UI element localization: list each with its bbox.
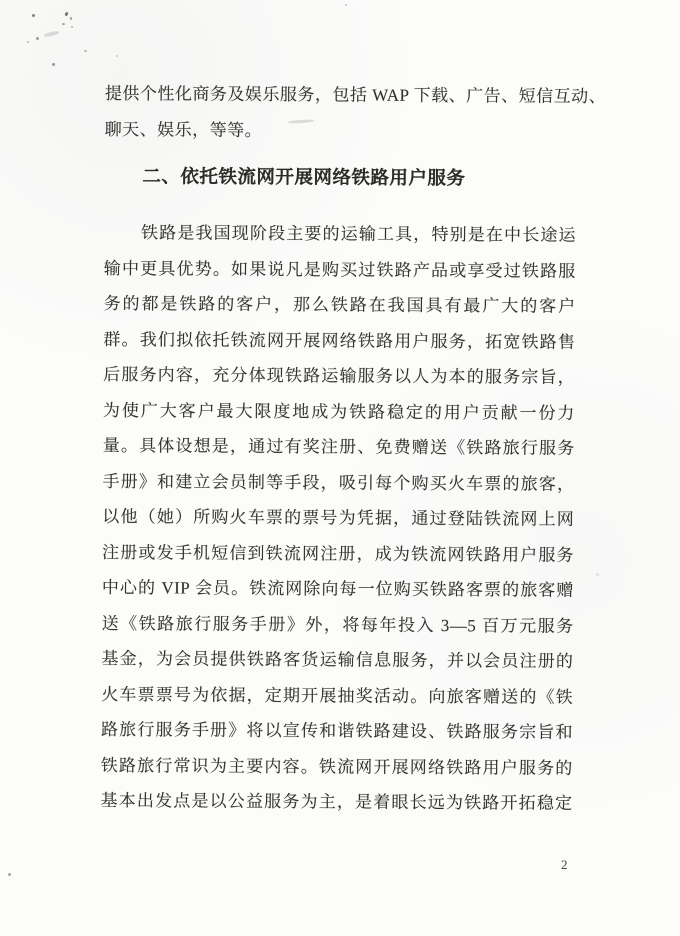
ink-speck [32, 14, 35, 17]
section-heading: 二、依托铁流网开展网络铁路用户服务 [104, 161, 576, 194]
ink-speck [64, 12, 68, 17]
page-number: 2 [561, 857, 568, 873]
body-line: 火车票票号为依据，定期开展抽奖活动。向旅客赠送的《铁 [101, 676, 573, 714]
body-line: 为使广大客户最大限度地成为铁路稳定的用户贡献一份力 [103, 392, 575, 430]
body-line: 群。我们拟依托铁流网开展网络铁路用户服务，拓宽铁路售 [103, 321, 575, 359]
body-line: 输中更具优势。如果说凡是购买过铁路产品或享受过铁路服 [104, 250, 576, 288]
body-line: 路旅行服务手册》将以宣传和谐铁路建设、铁路服务宗旨和 [101, 712, 573, 750]
ink-speck [27, 41, 29, 43]
ink-speck [52, 63, 55, 66]
body-line: 量。具体设想是，通过有奖注册、免费赠送《铁路旅行服务 [103, 428, 575, 466]
body-line: 铁路旅行常识为主要内容。铁流网开展网络铁路用户服务的 [101, 747, 573, 785]
body-line: 以他（她）所购火车票的票号为凭据，通过登陆铁流网上网 [102, 499, 574, 537]
body-line: 提供个性化商务及娱乐服务，包括 WAP 下载、广告、短信互动、 [105, 76, 577, 115]
body-line: 基金，为会员提供铁路客货运输信息服务，并以会员注册的 [101, 641, 573, 679]
body-line: 注册或发手机短信到铁流网注册，成为铁流网铁路用户服务 [102, 534, 574, 572]
body-line: 后服务内容，充分体现铁路运输服务以人为本的服务宗旨， [103, 357, 575, 395]
ink-speck [116, 55, 118, 57]
ink-speck [596, 573, 599, 576]
ink-speck [8, 873, 11, 876]
intro-paragraph: 提供个性化商务及娱乐服务，包括 WAP 下载、广告、短信互动、 聊天、娱乐，等等… [105, 76, 577, 151]
ink-speck [71, 26, 73, 28]
scanned-document-page: 提供个性化商务及娱乐服务，包括 WAP 下载、广告、短信互动、 聊天、娱乐，等等… [0, 0, 680, 936]
body-paragraph: 铁路是我国现阶段主要的运输工具，特别是在中长途运 输中更具优势。如果说凡是购买过… [100, 215, 576, 821]
body-line: 手册》和建立会员制等手段，吸引每个购买火车票的旅客， [102, 463, 574, 501]
ink-speck [70, 17, 72, 20]
ink-speck [84, 50, 87, 52]
ink-speck [62, 23, 65, 25]
ink-speck [345, 4, 347, 6]
body-line: 务的都是铁路的客户，那么铁路在我国具有最广大的客户 [104, 286, 576, 324]
text-block: 提供个性化商务及娱乐服务，包括 WAP 下载、广告、短信互动、 聊天、娱乐，等等… [100, 76, 577, 821]
body-line: 铁路是我国现阶段主要的运输工具，特别是在中长途运 [104, 215, 576, 253]
body-line: 基本出发点是以公益服务为主，是着眼长远为铁路开拓稳定 [100, 783, 572, 821]
body-line: 送《铁路旅行服务手册》外，将每年投入 3—5 百万元服务 [102, 605, 574, 643]
pencil-smudge [44, 30, 60, 38]
ink-speck [36, 37, 39, 40]
body-line: 中心的 VIP 会员。铁流网除向每一位购买铁路客票的旅客赠 [102, 570, 574, 608]
body-line: 聊天、娱乐，等等。 [105, 112, 577, 151]
